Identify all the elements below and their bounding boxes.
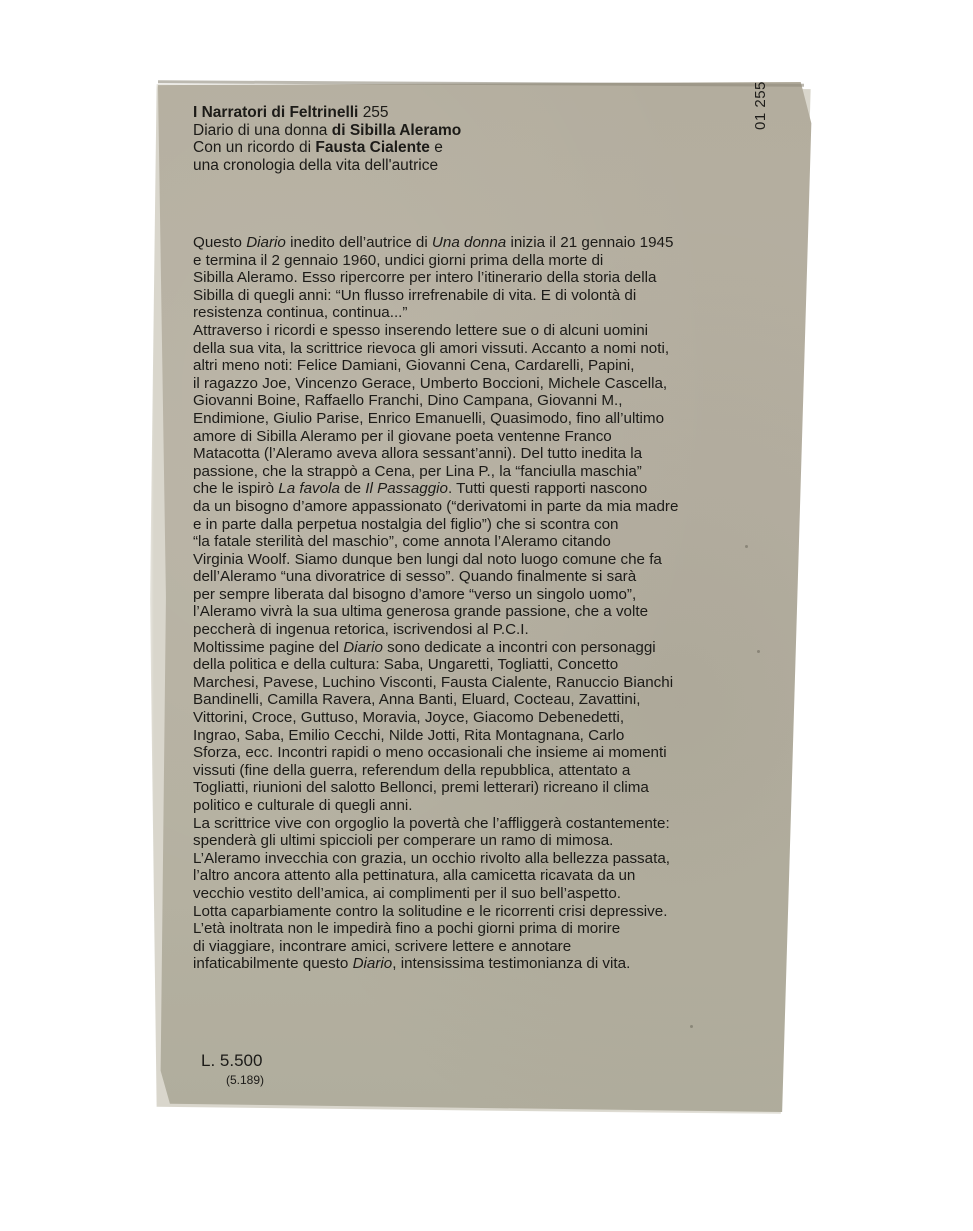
text-segment: Togliatti, riunioni del salotto Bellonci… [193, 779, 649, 796]
text-segment: inizia il 21 gennaio 1945 [506, 234, 673, 251]
blurb-line: da un bisogno d’amore appassionato (“der… [193, 498, 793, 516]
blurb-line: L’Aleramo invecchia con grazia, un occhi… [193, 850, 793, 868]
blurb-line: Virginia Woolf. Siamo dunque ben lungi d… [193, 551, 793, 569]
blurb-line: l’Aleramo vivrà la sua ultima generosa g… [193, 603, 793, 621]
blurb-line: Attraverso i ricordi e spesso inserendo … [193, 322, 793, 340]
blurb-line: passione, che la strappò a Cena, per Lin… [193, 463, 793, 481]
text-segment: Moltissime pagine del [193, 639, 343, 656]
text-segment: Questo [193, 234, 246, 251]
book-title: Diario di una donna [193, 122, 327, 139]
text-segment: . Tutti questi rapporti nascono [448, 480, 647, 497]
italic-title: Una donna [432, 234, 506, 251]
text-segment: sono dedicate a incontri con personaggi [383, 639, 656, 656]
text-segment: spenderà gli ultimi spiccioli per comper… [193, 832, 613, 849]
text-segment: della sua vita, la scrittrice rievoca gl… [193, 340, 669, 357]
blurb-line: altri meno noti: Felice Damiani, Giovann… [193, 357, 793, 375]
text-segment: Vittorini, Croce, Guttuso, Moravia, Joyc… [193, 709, 624, 726]
text-segment: Sibilla Aleramo. Esso ripercorre per int… [193, 269, 656, 286]
blurb-line: e in parte dalla perpetua nostalgia del … [193, 516, 793, 534]
text-segment: de [340, 480, 365, 497]
blurb-line: e termina il 2 gennaio 1960, undici gior… [193, 252, 793, 270]
blurb-line: resistenza continua, continua...” [193, 304, 793, 322]
blurb-line: Bandinelli, Camilla Ravera, Anna Banti, … [193, 691, 793, 709]
text-segment: passione, che la strappò a Cena, per Lin… [193, 463, 642, 480]
memoir-line: Con un ricordo di Fausta Cialente e [193, 139, 461, 157]
text-segment: Endimione, Giulio Parise, Enrico Emanuel… [193, 410, 664, 427]
blurb-line: spenderà gli ultimi spiccioli per comper… [193, 832, 793, 850]
blurb-line: Marchesi, Pavese, Luchino Visconti, Faus… [193, 674, 793, 692]
text-segment: Sforza, ecc. Incontri rapidi o meno occa… [193, 744, 667, 761]
author-name: Sibilla Aleramo [350, 122, 461, 139]
text-segment: per sempre liberata dal bisogno d’amore … [193, 586, 636, 603]
text-segment: L’età inoltrata non le impedirà fino a p… [193, 920, 620, 937]
blurb-line: vissuti (fine della guerra, referendum d… [193, 762, 793, 780]
blurb-line: Sforza, ecc. Incontri rapidi o meno occa… [193, 744, 793, 762]
blurb-line: La scrittrice vive con orgoglio la pover… [193, 815, 793, 833]
memoir-suffix: e [434, 139, 443, 156]
blurb-line: per sempre liberata dal bisogno d’amore … [193, 586, 793, 604]
blurb-line: di viaggiare, incontrare amici, scrivere… [193, 938, 793, 956]
italic-title: Diario [353, 955, 393, 972]
text-segment: Sibilla di quegli anni: “Un flusso irref… [193, 287, 636, 304]
text-segment: inedito dell’autrice di [286, 234, 432, 251]
blurb-line: della politica e della cultura: Saba, Un… [193, 656, 793, 674]
text-segment: Matacotta (l’Aleramo aveva allora sessan… [193, 445, 642, 462]
blurb-line: Sibilla Aleramo. Esso ripercorre per int… [193, 269, 793, 287]
blurb-line: Moltissime pagine del Diario sono dedica… [193, 639, 793, 657]
series-line: I Narratori di Feltrinelli 255 [193, 104, 461, 122]
blurb-line: Sibilla di quegli anni: “Un flusso irref… [193, 287, 793, 305]
catalog-code: 01 255 [752, 81, 769, 130]
blurb-line: della sua vita, la scrittrice rievoca gl… [193, 340, 793, 358]
text-segment: dell’Aleramo “una divoratrice di sesso”.… [193, 568, 636, 585]
text-segment: Ingrao, Saba, Emilio Cecchi, Nilde Jotti… [193, 727, 624, 744]
price-label: L. 5.500 [201, 1052, 262, 1070]
text-segment: infaticabilmente questo [193, 955, 353, 972]
memoir-author: Fausta Cialente [315, 139, 430, 156]
text-segment: La scrittrice vive con orgoglio la pover… [193, 815, 670, 832]
text-segment: Lotta caparbiamente contro la solitudine… [193, 903, 667, 920]
blurb-line: Vittorini, Croce, Guttuso, Moravia, Joyc… [193, 709, 793, 727]
text-segment: e in parte dalla perpetua nostalgia del … [193, 516, 619, 533]
text-segment: Bandinelli, Camilla Ravera, Anna Banti, … [193, 691, 640, 708]
chronology-line: una cronologia della vita dell'autrice [193, 157, 461, 175]
blurb-line: Matacotta (l’Aleramo aveva allora sessan… [193, 445, 793, 463]
text-segment: L’Aleramo invecchia con grazia, un occhi… [193, 850, 670, 867]
text-segment: della politica e della cultura: Saba, Un… [193, 656, 618, 673]
text-segment: Attraverso i ricordi e spesso inserendo … [193, 322, 648, 339]
cover-speck [690, 1025, 693, 1028]
blurb-line: amore di Sibilla Aleramo per il giovane … [193, 428, 793, 446]
text-segment: vecchio vestito dell’amica, ai complimen… [193, 885, 621, 902]
text-segment: altri meno noti: Felice Damiani, Giovann… [193, 357, 634, 374]
text-segment: di viaggiare, incontrare amici, scrivere… [193, 938, 571, 955]
blurb-line: che le ispirò La favola de Il Passaggio.… [193, 480, 793, 498]
blurb-line: dell’Aleramo “una divoratrice di sesso”.… [193, 568, 793, 586]
blurb-text: Questo Diario inedito dell’autrice di Un… [193, 234, 793, 973]
blurb-line: “la fatale sterilità del maschio”, come … [193, 533, 793, 551]
text-segment: peccherà di ingenua retorica, iscrivendo… [193, 621, 529, 638]
series-number: 255 [363, 104, 389, 121]
text-segment: da un bisogno d’amore appassionato (“der… [193, 498, 678, 515]
italic-title: La favola [278, 480, 340, 497]
text-segment: il ragazzo Joe, Vincenzo Gerace, Umberto… [193, 375, 667, 392]
text-segment: e termina il 2 gennaio 1960, undici gior… [193, 252, 603, 269]
blurb-line: L’età inoltrata non le impedirà fino a p… [193, 920, 793, 938]
italic-title: Il Passaggio [365, 480, 448, 497]
blurb-line: il ragazzo Joe, Vincenzo Gerace, Umberto… [193, 375, 793, 393]
blurb-line: Ingrao, Saba, Emilio Cecchi, Nilde Jotti… [193, 727, 793, 745]
text-segment: che le ispirò [193, 480, 278, 497]
blurb-line: peccherà di ingenua retorica, iscrivendo… [193, 621, 793, 639]
italic-title: Diario [246, 234, 286, 251]
blurb-line: Questo Diario inedito dell’autrice di Un… [193, 234, 793, 252]
blurb-line: Giovanni Boine, Raffaello Franchi, Dino … [193, 392, 793, 410]
text-segment: resistenza continua, continua...” [193, 304, 407, 321]
text-segment: politico e culturale di quegli anni. [193, 797, 413, 814]
text-segment: vissuti (fine della guerra, referendum d… [193, 762, 630, 779]
blurb-line: Lotta caparbiamente contro la solitudine… [193, 903, 793, 921]
text-segment: , intensissima testimonianza di vita. [392, 955, 630, 972]
title-line: Diario di una donna di Sibilla Aleramo [193, 122, 461, 140]
memoir-prefix: Con un ricordo di [193, 139, 311, 156]
book-header: I Narratori di Feltrinelli 255 Diario di… [193, 104, 461, 174]
blurb-line: l’altro ancora attento alla pettinatura,… [193, 867, 793, 885]
author-prefix: di [332, 122, 346, 139]
text-segment: l’altro ancora attento alla pettinatura,… [193, 867, 635, 884]
text-segment: Giovanni Boine, Raffaello Franchi, Dino … [193, 392, 622, 409]
blurb-line: politico e culturale di quegli anni. [193, 797, 793, 815]
text-segment: Marchesi, Pavese, Luchino Visconti, Faus… [193, 674, 673, 691]
text-segment: “la fatale sterilità del maschio”, come … [193, 533, 611, 550]
italic-title: Diario [343, 639, 383, 656]
blurb-line: Endimione, Giulio Parise, Enrico Emanuel… [193, 410, 793, 428]
blurb-line: vecchio vestito dell’amica, ai complimen… [193, 885, 793, 903]
text-segment: amore di Sibilla Aleramo per il giovane … [193, 428, 612, 445]
blurb-line: infaticabilmente questo Diario, intensis… [193, 955, 793, 973]
series-name: I Narratori di Feltrinelli [193, 104, 358, 121]
text-segment: Virginia Woolf. Siamo dunque ben lungi d… [193, 551, 662, 568]
text-segment: l’Aleramo vivrà la sua ultima generosa g… [193, 603, 648, 620]
price-sub-label: (5.189) [226, 1073, 264, 1087]
blurb-line: Togliatti, riunioni del salotto Bellonci… [193, 779, 793, 797]
